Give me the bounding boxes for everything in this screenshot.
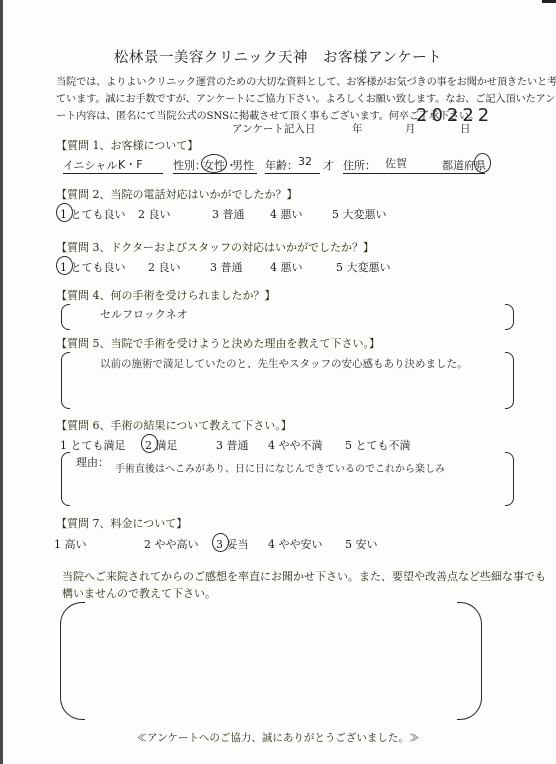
age-unit: 才	[323, 157, 334, 173]
q3-heading: 【質問 3、ドクターおよびスタッフの対応はいかがでしたか？】	[56, 239, 374, 255]
age-label: 年齢：	[265, 157, 298, 173]
date-month[interactable]: 月	[405, 121, 416, 136]
q5-heading: 【質問 5、当院で手術を受けようと決めた理由を教えて下さい。】	[56, 335, 380, 351]
answer-bracket-left	[61, 452, 70, 506]
date-year[interactable]: 年	[352, 121, 363, 136]
q2-option-4[interactable]: 4 悪い	[270, 206, 303, 222]
address-underline	[343, 173, 485, 174]
serial-number: 20222	[416, 105, 493, 126]
page-title: 松林景一美容クリニック天神 お客様アンケート	[0, 46, 556, 67]
q1-heading: 【質問 1、お客様について】	[56, 137, 198, 153]
comments-prompt-line-2: 構いませんので教えて下さい。	[62, 585, 216, 601]
initial-underline	[63, 173, 163, 174]
q6-option-5[interactable]: 5 とても不満	[345, 437, 411, 453]
q7-option-5[interactable]: 5 安い	[345, 536, 378, 552]
q3-option-5[interactable]: 5 大変悪い	[336, 259, 391, 275]
gender-underline	[173, 173, 257, 174]
age-underline	[265, 173, 320, 174]
selected-circle-mark	[212, 533, 229, 552]
q3-option-4[interactable]: 4 悪い	[270, 259, 303, 275]
intro-line-2: ています。誠にお手数ですが、アンケートにご協力下さい。よろしくお願い致します。な…	[56, 90, 556, 105]
q5-answer-field[interactable]: 以前の施術で満足していたのと、先生やスタッフの安心感もあり決めました。	[100, 356, 468, 371]
comments-answer-field[interactable]	[90, 615, 470, 705]
selected-circle-mark	[56, 203, 73, 222]
selected-circle-mark	[201, 154, 227, 173]
answer-bracket-left	[61, 352, 70, 409]
q7-option-2[interactable]: 2 やや高い	[144, 536, 199, 552]
answer-bracket-right	[505, 304, 514, 330]
q3-option-2[interactable]: 2 良い	[148, 259, 181, 275]
scan-edge	[0, 0, 3, 764]
q6-option-4[interactable]: 4 やや不満	[268, 437, 323, 453]
q4-heading: 【質問 4、何の手術を受けられましたか？】	[56, 287, 276, 303]
q2-heading: 【質問 2、当院の電話対応はいかがでしたか？】	[56, 186, 298, 202]
scan-edge-corner	[542, 0, 556, 3]
age-field[interactable]: 32	[298, 155, 312, 168]
intro-line-1: 当院では、よりよいクリニック運営のための大切な資料として、お客様がお気づきの事を…	[56, 73, 556, 88]
q3-option-3[interactable]: 3 普通	[210, 259, 243, 275]
date-label: アンケート記入日	[232, 121, 315, 136]
answer-bracket-right	[505, 352, 514, 409]
answer-bracket-right	[505, 452, 514, 506]
answer-bracket-left	[61, 304, 70, 330]
address-label: 住所：	[343, 157, 376, 173]
q4-answer-field[interactable]: セルフロックネオ	[100, 306, 188, 322]
date-day[interactable]: 日	[460, 121, 471, 136]
q2-option-2[interactable]: 2 良い	[138, 206, 171, 222]
q6-reason-label: 理由：	[76, 454, 109, 470]
q7-option-4[interactable]: 4 やや安い	[268, 536, 323, 552]
q6-option-1[interactable]: 1 とても満足	[60, 437, 126, 453]
q7-option-1[interactable]: 1 高い	[54, 536, 87, 552]
q7-heading: 【質問 7、料金について】	[56, 515, 187, 531]
comments-bracket-left	[60, 602, 85, 720]
address-field[interactable]: 佐賀	[385, 155, 407, 171]
q2-option-5[interactable]: 5 大変悪い	[332, 206, 387, 222]
gender-male-option[interactable]: 男性	[232, 157, 254, 173]
q6-reason-field[interactable]: 手術直後はへこみがあり、日に日になじんできているのでこれから楽しみ	[115, 460, 445, 475]
q6-option-3[interactable]: 3 普通	[216, 437, 249, 453]
q2-option-3[interactable]: 3 普通	[212, 206, 245, 222]
q6-heading: 【質問 6、手術の結果について教えて下さい。】	[56, 417, 292, 433]
selected-circle-mark	[141, 434, 158, 453]
initial-field[interactable]: K・F	[118, 156, 143, 172]
selected-circle-mark	[474, 153, 491, 173]
selected-circle-mark	[56, 256, 73, 275]
footer-thanks: ≪アンケートへのご協力、誠にありがとうございました。≫	[0, 730, 556, 745]
comments-prompt-line-1: 当院へご来院されてからのご感想を率直にお聞かせ下さい。また、要望や改善点など些細…	[62, 568, 546, 584]
